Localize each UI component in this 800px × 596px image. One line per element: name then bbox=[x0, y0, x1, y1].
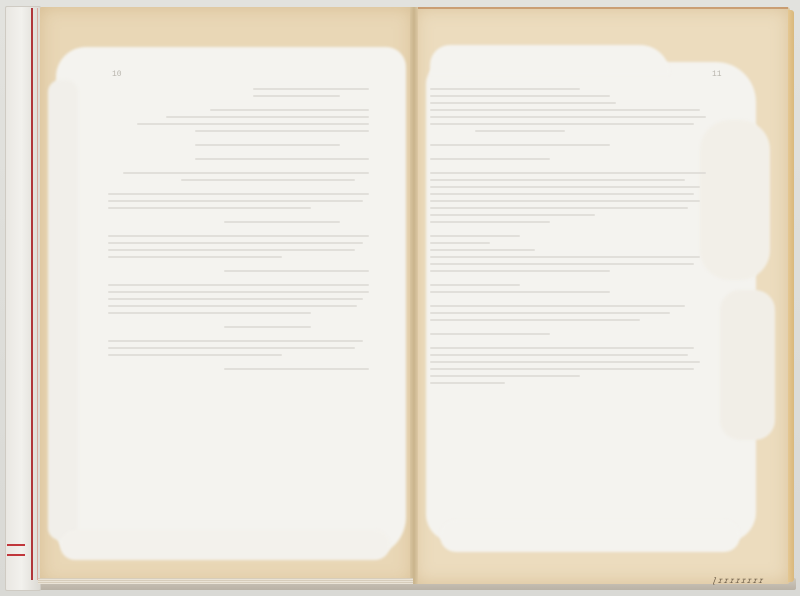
spine-red-tick-upper bbox=[7, 544, 25, 546]
right-page-top-edge bbox=[414, 7, 788, 9]
right-page-hidden-text bbox=[430, 88, 730, 389]
white-paint-left-bottom bbox=[60, 530, 390, 560]
left-page-number: 10 bbox=[112, 70, 122, 79]
white-paint-right-bottom bbox=[440, 520, 740, 552]
white-paint-left-edge bbox=[48, 80, 78, 540]
spine-red-tick-lower bbox=[7, 554, 25, 556]
pencil-annotation: ɭɪɪɪɪɪɪɪɪ bbox=[711, 577, 765, 586]
white-paint-right-top bbox=[430, 45, 670, 75]
right-page-number: 11 bbox=[712, 70, 722, 79]
book-gutter bbox=[410, 7, 418, 584]
spine-red-stripe-faint bbox=[37, 8, 38, 580]
book-spine bbox=[5, 6, 41, 591]
left-page-hidden-text bbox=[108, 88, 398, 375]
right-page-edge bbox=[788, 10, 794, 582]
left-page-stack bbox=[38, 578, 413, 584]
photo-scene: 10 11 ɭɪɪɪɪɪɪɪɪ bbox=[0, 0, 800, 596]
spine-red-stripe bbox=[31, 8, 33, 580]
